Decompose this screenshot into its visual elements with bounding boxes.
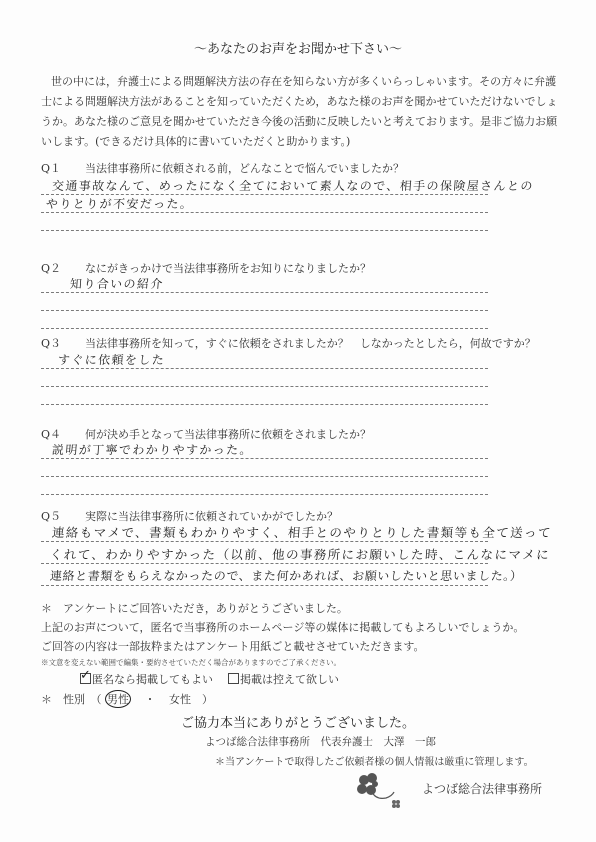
- gender-row: ＊ 性別 （ 男性 ・ 女性 ）: [41, 690, 213, 708]
- answer-line: [41, 458, 488, 459]
- gender-female-option[interactable]: 女性 ）: [169, 693, 213, 706]
- answer-4-line-1: 説明が丁寧でわかりやすかった。: [51, 441, 253, 458]
- answer-3-line-1: すぐに依頼をした: [57, 351, 165, 368]
- publish-question: 上記のお声について，匿名で当事務所のホームページ等の媒体に掲載してもよろしいでし…: [41, 619, 524, 635]
- answer-line: [41, 585, 488, 586]
- answer-line: [41, 230, 488, 231]
- checkbox-decline[interactable]: [228, 673, 239, 684]
- publish-note: ご回答の内容は一部抜粋またはアンケート用紙ごと載せさせていただきます。: [41, 638, 424, 654]
- answer-5-line-1: 連絡もマメで、書類もわかりやすく、相手とのやりとりした書類等も全て送って: [51, 523, 552, 541]
- check-icon: ✓: [80, 668, 91, 683]
- question-1: Q１当法律事務所に依頼される前，どんなことで悩んでいましたか？: [41, 160, 404, 176]
- checkbox-anonymous[interactable]: ✓: [80, 673, 91, 684]
- question-3: Q３当法律事務所を知って，すぐに依頼をされましたか？ しなかったとしたら，何故で…: [41, 335, 536, 351]
- privacy-note: ＊当アンケートで取得したご依頼者様の個人情報は厳重に管理します。: [215, 753, 534, 768]
- answer-line: [41, 404, 488, 405]
- answer-5-line-2: くれて、わかりやすかった（以前、他の事務所にお願いした時、こんなにマメに: [49, 545, 550, 563]
- option-anonymous[interactable]: ✓匿名なら掲載してもよい: [80, 671, 213, 687]
- page-title: 〜あなたのお声をお聞かせ下さい〜: [0, 38, 596, 57]
- answer-1-line-1: 交通事故なんて、めったになく全てにおいて素人なので、相手の保険屋さんとの: [51, 177, 534, 194]
- gender-male-option[interactable]: 男性: [105, 690, 131, 708]
- answer-line: [41, 310, 488, 311]
- clover-logo-icon: [354, 772, 414, 812]
- answer-5-line-3: 連絡と書類をもらえなかったので、また何かあれば、お願いしたいと思いました。）: [49, 567, 523, 584]
- answer-line: [41, 541, 488, 542]
- thanks-note: ＊ アンケートにご回答いただき，ありがとうございました。: [41, 600, 348, 616]
- answer-line: [41, 212, 488, 213]
- logo-text: よつば総合法律事務所: [422, 780, 542, 797]
- edit-note: ※文意を変えない範囲で編集・要約させていただく場合がありますのでご了承ください。: [41, 657, 341, 668]
- footer-signature: よつば総合法律事務所 代表弁護士 大澤 一郎: [205, 734, 436, 749]
- answer-line: [41, 368, 488, 369]
- question-2: Q２なにがきっかけで当法律事務所をお知りになりましたか？: [41, 260, 371, 276]
- answer-line: [41, 494, 488, 495]
- answer-1-line-2: やりとりが不安だった。: [45, 195, 194, 212]
- answer-line: [41, 386, 488, 387]
- footer-thanks: ご協力本当にありがとうございました。: [0, 712, 596, 731]
- question-5: Q５実際に当法律事務所に依頼されていかがでしたか？: [41, 508, 338, 524]
- answer-line: [41, 563, 488, 564]
- intro-paragraph: 世の中には，弁護士による問題解決方法の存在を知らない方が多くいらっしゃいます。そ…: [41, 72, 561, 152]
- answer-line: [41, 292, 488, 293]
- answer-2-line-1: 知り合いの紹介: [69, 275, 164, 292]
- answer-line: [41, 476, 488, 477]
- option-decline[interactable]: 掲載は控えて欲しい: [228, 671, 339, 687]
- answer-line: [41, 328, 488, 329]
- question-4: Q４何が決め手となって当法律事務所に依頼をされましたか？: [41, 426, 371, 442]
